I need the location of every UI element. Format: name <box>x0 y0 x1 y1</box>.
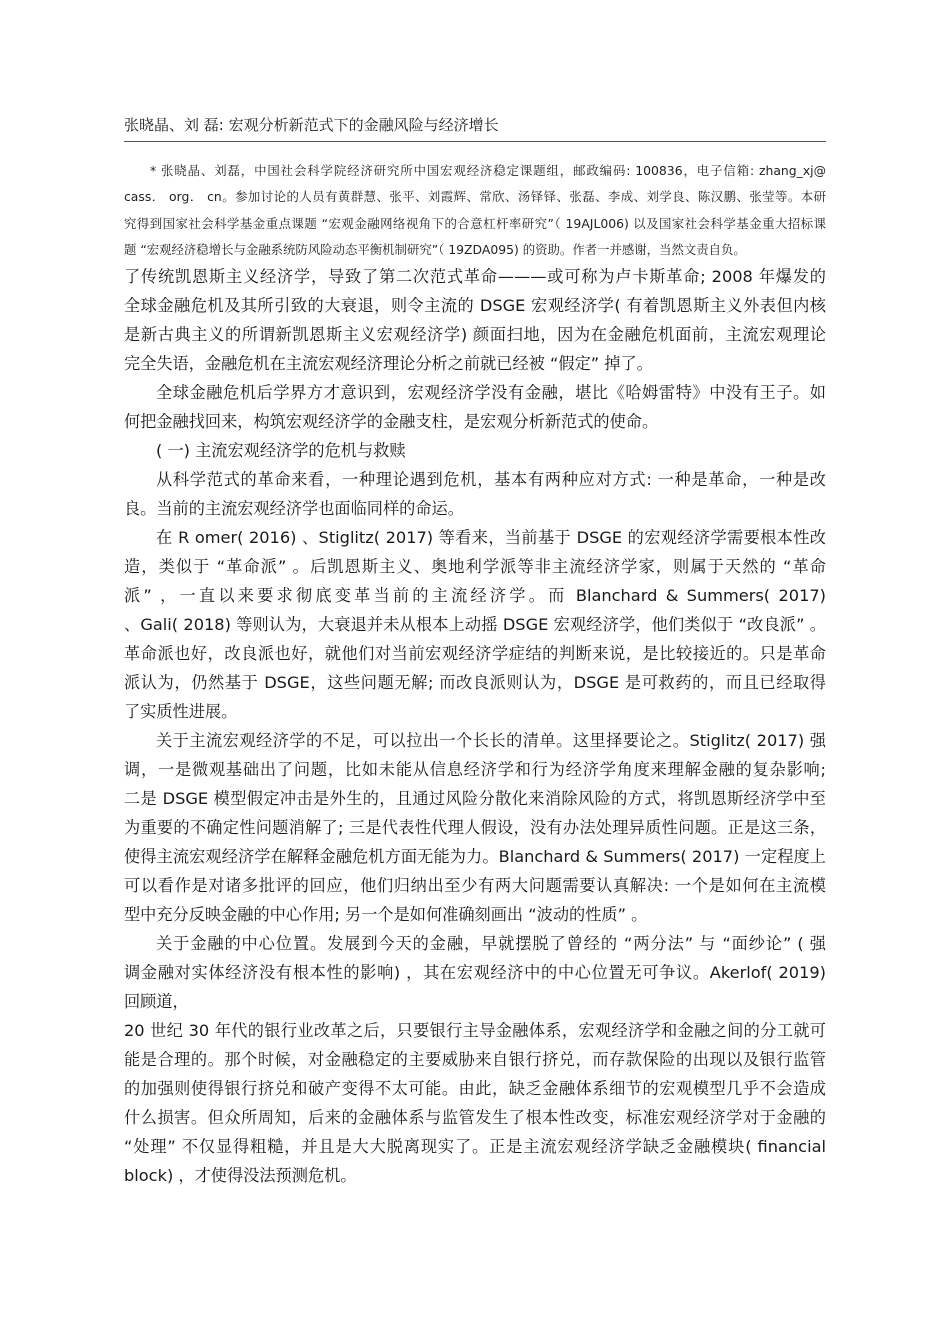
text-line: 了传统凯恩斯主义经济学，导致了第二次范式革命———或可称为卢卡斯革命; 2008… <box>124 262 826 291</box>
text-line: 良。当前的主流宏观经济学也面临同样的命运。 <box>124 494 826 523</box>
text-line: 了实质性进展。 <box>124 697 826 726</box>
text-line: 使得主流宏观经济学在解释金融危机方面无能为力。Blanchard & Summe… <box>124 842 826 871</box>
text-line: 、Gali( 2018) 等则认为，大衰退并未从根本上动摇 DSGE 宏观经济学… <box>124 610 826 639</box>
text-line: 关于主流宏观经济学的不足，可以拉出一个长长的清单。这里择要论之。Stiglitz… <box>124 726 826 755</box>
quote-line: 什么损害。但众所周知，后来的金融体系与监管发生了根本性改变，标准宏观经济学对于金… <box>124 1103 826 1132</box>
footnote-line: * 张晓晶、刘磊，中国社会科学院经济研究所中国宏观经济稳定课题组，邮政编码: 1… <box>124 158 826 184</box>
text-line: 二是 DSGE 模型假定冲击是外生的，且通过风险分散化来消除风险的方式，将凯恩斯… <box>124 784 826 813</box>
text-line: 调，一是微观基础出了问题，比如未能从信息经济学和行为经济学角度来理解金融的复杂影… <box>124 755 826 784</box>
text-line: 为重要的不确定性问题消解了; 三是代表性代理人假设，没有办法处理异质性问题。正是… <box>124 813 826 842</box>
author-footnote: * 张晓晶、刘磊，中国社会科学院经济研究所中国宏观经济稳定课题组，邮政编码: 1… <box>124 158 826 263</box>
text-line: 回顾道， <box>124 987 826 1016</box>
running-head: 张晓晶、刘 磊: 宏观分析新范式下的金融风险与经济增长 <box>124 114 499 135</box>
footnote-line: 题 “宏观经济稳增长与金融系统防风险动态平衡机制研究”（ 19ZDA095) 的… <box>124 237 826 263</box>
quote-line: “处理” 不仅显得粗糙，并且是大大脱离现实了。正是主流宏观经济学缺乏金融模块( … <box>124 1132 826 1161</box>
text-line: 是新古典主义的所谓新凯恩斯主义宏观经济学) 颜面扫地，因为在金融危机面前，主流宏… <box>124 320 826 349</box>
text-line: 从科学范式的革命来看，一种理论遇到危机，基本有两种应对方式: 一种是革命，一种是… <box>124 465 826 494</box>
footnote-line: 究得到国家社会科学基金重点课题 “宏观金融网络视角下的合意杠杆率研究”（ 19A… <box>124 211 826 237</box>
quote-line: 能是合理的。那个时候，对金融稳定的主要威胁来自银行挤兑，而存款保险的出现以及银行… <box>124 1045 826 1074</box>
text-line: 可以看作是对诸多批评的回应，他们归纳出至少有两大问题需要认真解决: 一个是如何在… <box>124 871 826 900</box>
text-line: 派” ，一直以来要求彻底变革当前的主流经济学。而 Blanchard & Sum… <box>124 581 826 610</box>
text-line: 革命派也好，改良派也好，就他们对当前宏观经济学症结的判断来说，是比较接近的。只是… <box>124 639 826 668</box>
text-line: 在 R omer( 2016) 、Stiglitz( 2017) 等看来，当前基… <box>124 523 826 552</box>
header-rule <box>124 141 826 142</box>
text-line: 派认为，仍然基于 DSGE，这些问题无解; 而改良派则认为，DSGE 是可救药的… <box>124 668 826 697</box>
text-line: 全球金融危机后学界方才意识到，宏观经济学没有金融，堪比《哈姆雷特》中没有王子。如 <box>124 378 826 407</box>
text-line: 全球金融危机及其所引致的大衰退，则令主流的 DSGE 宏观经济学( 有着凯恩斯主… <box>124 291 826 320</box>
text-line: 完全失语，金融危机在主流宏观经济理论分析之前就已经被 “假定” 掉了。 <box>124 349 826 378</box>
quote-line: block) ，才使得没法预测危机。 <box>124 1161 826 1190</box>
quote-line: 20 世纪 30 年代的银行业改革之后，只要银行主导金融体系，宏观经济学和金融之… <box>124 1016 826 1045</box>
text-line: 型中充分反映金融的中心作用; 另一个是如何准确刻画出 “波动的性质” 。 <box>124 900 826 929</box>
body-text: 了传统凯恩斯主义经济学，导致了第二次范式革命———或可称为卢卡斯革命; 2008… <box>124 262 826 1190</box>
quote-line: 的加强则使得银行挤兑和破产变得不太可能。由此，缺乏金融体系细节的宏观模型几乎不会… <box>124 1074 826 1103</box>
text-line: 何把金融找回来，构筑宏观经济学的金融支柱，是宏观分析新范式的使命。 <box>124 407 826 436</box>
text-line: 关于金融的中心位置。发展到今天的金融，早就摆脱了曾经的 “两分法” 与 “面纱论… <box>124 929 826 958</box>
text-line: 调金融对实体经济没有根本性的影响) ，其在宏观经济中的中心位置无可争议。Aker… <box>124 958 826 987</box>
footnote-line: cass． org． cn。参加讨论的人员有黄群慧、张平、刘霞辉、常欣、汤铎铎、… <box>124 184 826 210</box>
section-heading: ( 一) 主流宏观经济学的危机与救赎 <box>124 436 826 465</box>
text-line: 造，类似于 “革命派” 。后凯恩斯主义、奥地利学派等非主流经济学家，则属于天然的… <box>124 552 826 581</box>
